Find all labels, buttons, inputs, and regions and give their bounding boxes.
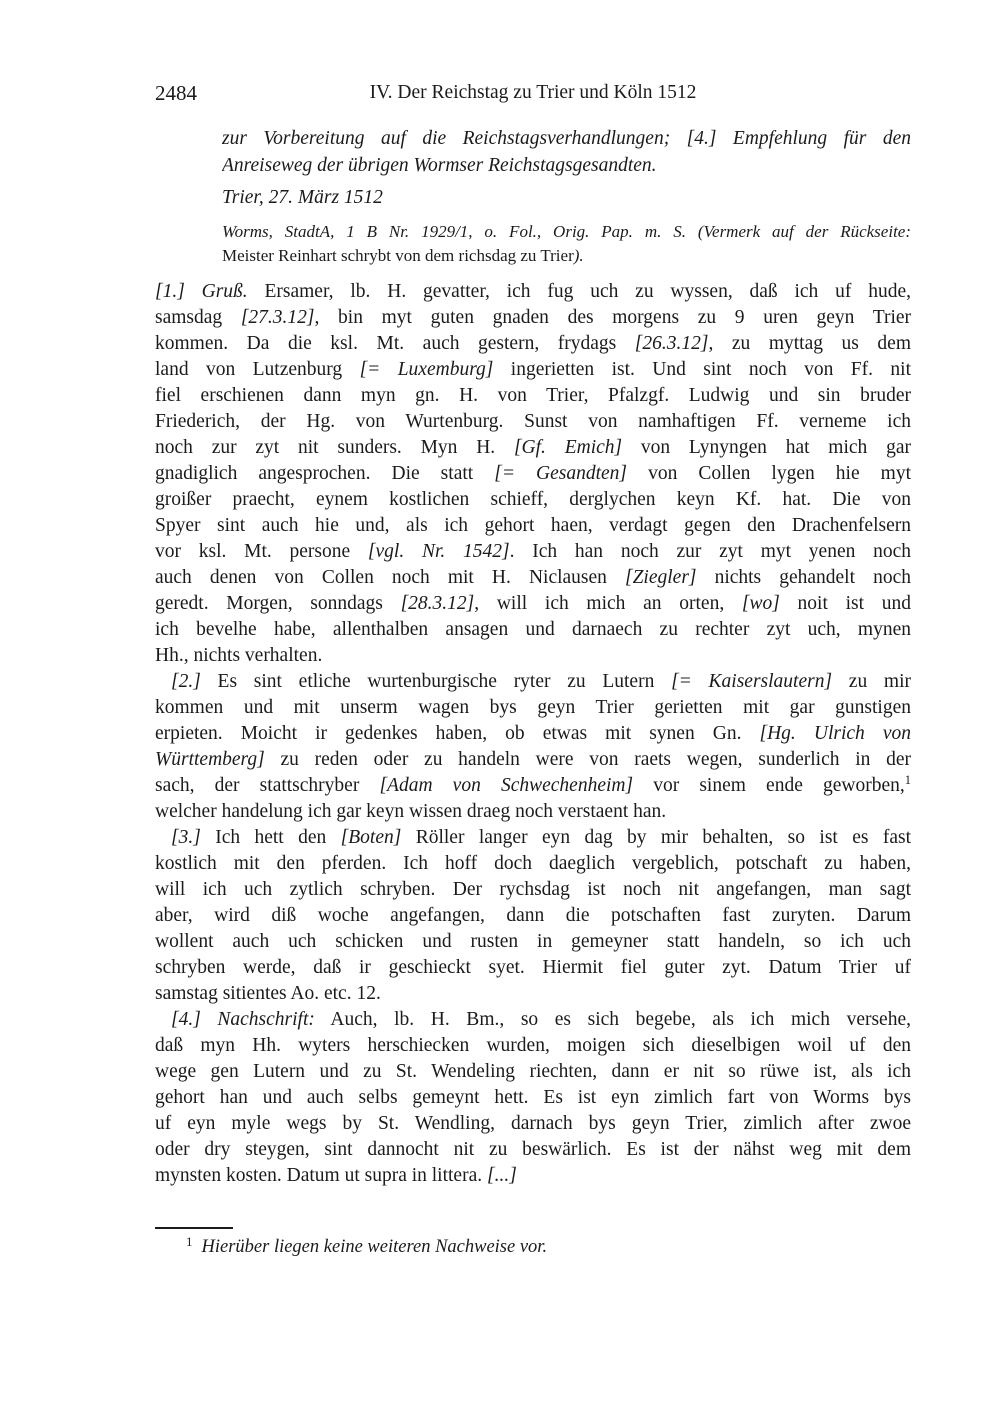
text-line: Württemberg] zu reden oder zu handeln we…	[155, 747, 911, 773]
italic-editorial-text: [= Luxemburg]	[360, 359, 494, 380]
italic-editorial-text: [1.] Gruß.	[155, 281, 248, 302]
paragraph: [4.] Nachschrift: Auch, lb. H. Bm., so e…	[155, 1007, 911, 1189]
text-line: land von Lutzenburg [= Luxemburg] ingeri…	[155, 357, 911, 383]
italic-editorial-text: Trier, 27. März 1512	[222, 187, 383, 208]
roman-text: ingerietten ist. Und sint noch von Ff. n…	[493, 359, 911, 380]
document-body: [1.] Gruß. Ersamer, lb. H. gevatter, ich…	[155, 279, 911, 1189]
footnote: 1Hierüber liegen keine weiteren Nachweis…	[155, 1234, 911, 1260]
text-line: mynsten kosten. Datum ut supra in litter…	[155, 1163, 911, 1189]
headnote-summary: zur Vorbereitung auf die Reichstagsverha…	[222, 125, 911, 179]
italic-editorial-text: Württemberg]	[155, 749, 265, 770]
text-line: uf eyn myle wegs by St. Wendling, darnac…	[155, 1111, 911, 1137]
italic-editorial-text: [wo]	[742, 593, 780, 614]
italic-editorial-text: [28.3.12]	[401, 593, 475, 614]
paragraph: [2.] Es sint etliche wurtenburgische ryt…	[155, 669, 911, 825]
italic-editorial-text: [...]	[487, 1165, 517, 1186]
italic-editorial-text: [2.]	[171, 671, 201, 692]
roman-text: welcher handelung ich gar keyn wissen dr…	[155, 801, 666, 822]
italic-editorial-text: Anreiseweg der übrigen Wormser Reichstag…	[222, 155, 657, 176]
italic-editorial-text: [Gf. Emich]	[514, 437, 622, 458]
roman-text: samstag sitientes Ao. etc. 12.	[155, 983, 381, 1004]
roman-text: , zu myttag us dem	[708, 333, 911, 354]
text-line: wollent auch uch schicken und rusten in …	[155, 929, 911, 955]
roman-text: von Lynyngen hat mich gar	[622, 437, 911, 458]
document-page: 2484 IV. Der Reichstag zu Trier und Köln…	[0, 0, 1004, 1418]
roman-text: Meister Reinhart schrybt von dem richsda…	[222, 246, 574, 265]
text-line: gehort han und auch selbs gemeynt hett. …	[155, 1085, 911, 1111]
roman-text: , will ich mich an orten,	[474, 593, 742, 614]
italic-editorial-text: [Adam von Schwechenheim]	[379, 775, 633, 796]
roman-text: wege gen Lutern und zu St. Wendeling rie…	[155, 1061, 911, 1082]
text-line: Meister Reinhart schrybt von dem richsda…	[222, 244, 911, 268]
paragraph: [3.] Ich hett den [Boten] Röller langer …	[155, 825, 911, 1007]
roman-text: zu reden oder zu handeln were von raets …	[265, 749, 911, 770]
roman-text: von Collen lygen hie myt	[627, 463, 911, 484]
text-line: fiel erschienen dann myn gn. H. von Trie…	[155, 383, 911, 409]
text-line: Hh., nichts verhalten.	[155, 643, 911, 669]
text-line: sach, der stattschryber [Adam von Schwec…	[155, 773, 911, 799]
text-line: wege gen Lutern und zu St. Wendeling rie…	[155, 1059, 911, 1085]
text-line: schryben werde, daß ir geschieckt syet. …	[155, 955, 911, 981]
text-line: gnadiglich angesprochen. Die statt [= Ge…	[155, 461, 911, 487]
text-line: oder dry steygen, sint dannocht nit zu b…	[155, 1137, 911, 1163]
text-line: Trier, 27. März 1512	[222, 184, 911, 211]
italic-editorial-text: ).	[574, 246, 584, 265]
text-line: [3.] Ich hett den [Boten] Röller langer …	[155, 825, 911, 851]
roman-text: land von Lutzenburg	[155, 359, 360, 380]
italic-editorial-text: [Hg. Ulrich von	[760, 723, 911, 744]
text-line: groißer praecht, eynem kostlichen schief…	[155, 487, 911, 513]
roman-text: kommen. Da die ksl. Mt. auch gestern, fr…	[155, 333, 635, 354]
footnote-reference: 1	[905, 773, 911, 787]
roman-text: will ich uch zytlich schryben. Der rychs…	[155, 879, 911, 900]
text-line: samstag sitientes Ao. etc. 12.	[155, 981, 911, 1007]
text-line: kostlich mit den pferden. Ich hoff doch …	[155, 851, 911, 877]
roman-text: vor ksl. Mt. persone	[155, 541, 368, 562]
roman-text: kostlich mit den pferden. Ich hoff doch …	[155, 853, 911, 874]
roman-text: noch zur zyt nit sunders. Myn H.	[155, 437, 514, 458]
text-line: aber, wird diß woche angefangen, dann di…	[155, 903, 911, 929]
page-number: 2484	[155, 80, 197, 106]
roman-text: Friederich, der Hg. von Wurtenburg. Suns…	[155, 411, 911, 432]
italic-editorial-text: [4.] Nachschrift:	[171, 1009, 315, 1030]
text-line: [2.] Es sint etliche wurtenburgische ryt…	[155, 669, 911, 695]
text-line: samsdag [27.3.12], bin myt guten gnaden …	[155, 305, 911, 331]
headnote-archive-reference: Worms, StadtA, 1 B Nr. 1929/1, o. Fol., …	[222, 220, 911, 268]
italic-editorial-text: zur Vorbereitung auf die Reichstagsverha…	[222, 128, 911, 149]
roman-text: Röller langer eyn dag by mir behalten, s…	[401, 827, 911, 848]
running-head: IV. Der Reichstag zu Trier und Köln 1512	[155, 80, 911, 106]
italic-editorial-text: [= Gesandten]	[494, 463, 627, 484]
text-line: Anreiseweg der übrigen Wormser Reichstag…	[222, 152, 911, 179]
roman-text: oder dry steygen, sint dannocht nit zu b…	[155, 1139, 911, 1160]
roman-text: noit ist und	[780, 593, 911, 614]
page-header: 2484 IV. Der Reichstag zu Trier und Köln…	[155, 80, 911, 106]
text-line: geredt. Morgen, sonndags [28.3.12], will…	[155, 591, 911, 617]
roman-text: auch denen von Collen noch mit H. Niclau…	[155, 567, 625, 588]
text-line: [1.] Gruß. Ersamer, lb. H. gevatter, ich…	[155, 279, 911, 305]
text-line: erpieten. Moicht ir gedenkes haben, ob e…	[155, 721, 911, 747]
roman-text: aber, wird diß woche angefangen, dann di…	[155, 905, 911, 926]
footnote-section: 1Hierüber liegen keine weiteren Nachweis…	[155, 1227, 911, 1260]
roman-text: Hh., nichts verhalten.	[155, 645, 322, 666]
roman-text: groißer praecht, eynem kostlichen schief…	[155, 489, 911, 510]
text-line: welcher handelung ich gar keyn wissen dr…	[155, 799, 911, 825]
footnote-rule	[155, 1227, 233, 1229]
italic-editorial-text: Worms, StadtA, 1 B Nr. 1929/1, o. Fol., …	[222, 222, 911, 241]
roman-text: vor sinem ende geworben,	[633, 775, 905, 796]
roman-text: gnadiglich angesprochen. Die statt	[155, 463, 494, 484]
roman-text: erpieten. Moicht ir gedenkes haben, ob e…	[155, 723, 760, 744]
text-line: Worms, StadtA, 1 B Nr. 1929/1, o. Fol., …	[222, 220, 911, 244]
roman-text: gehort han und auch selbs gemeynt hett. …	[155, 1087, 911, 1108]
roman-text: kommen und mit unserm wagen bys geyn Tri…	[155, 697, 911, 718]
footnote-text: Hierüber liegen keine weiteren Nachweise…	[202, 1237, 548, 1257]
page-content: 2484 IV. Der Reichstag zu Trier und Köln…	[155, 80, 911, 1260]
paragraph: [1.] Gruß. Ersamer, lb. H. gevatter, ich…	[155, 279, 911, 669]
text-line: kommen. Da die ksl. Mt. auch gestern, fr…	[155, 331, 911, 357]
document-headnote: zur Vorbereitung auf die Reichstagsverha…	[222, 125, 911, 268]
headnote-dateline: Trier, 27. März 1512	[222, 184, 911, 211]
italic-editorial-text: [3.]	[171, 827, 201, 848]
italic-editorial-text: [= Kaiserslautern]	[671, 671, 832, 692]
text-line: [4.] Nachschrift: Auch, lb. H. Bm., so e…	[155, 1007, 911, 1033]
italic-editorial-text: [26.3.12]	[635, 333, 709, 354]
italic-editorial-text: [Boten]	[341, 827, 402, 848]
roman-text: daß myn Hh. wyters herschiecken wurden, …	[155, 1035, 911, 1056]
roman-text: geredt. Morgen, sonndags	[155, 593, 401, 614]
roman-text: Ich hett den	[201, 827, 341, 848]
footnote-marker: 1	[186, 1234, 193, 1249]
text-line: kommen und mit unserm wagen bys geyn Tri…	[155, 695, 911, 721]
roman-text: ich bevelhe habe, allenthalben ansagen u…	[155, 619, 911, 640]
roman-text: zu mir	[832, 671, 911, 692]
text-line: vor ksl. Mt. persone [vgl. Nr. 1542]. Ic…	[155, 539, 911, 565]
roman-text: Spyer sint auch hie und, als ich gehort …	[155, 515, 911, 536]
roman-text: Ersamer, lb. H. gevatter, ich fug uch zu…	[248, 281, 911, 302]
italic-editorial-text: [vgl. Nr. 1542]	[368, 541, 510, 562]
text-line: auch denen von Collen noch mit H. Niclau…	[155, 565, 911, 591]
roman-text: sach, der stattschryber	[155, 775, 379, 796]
roman-text: , bin myt guten gnaden des morgens zu 9 …	[315, 307, 911, 328]
roman-text: mynsten kosten. Datum ut supra in litter…	[155, 1165, 487, 1186]
roman-text: Es sint etliche wurtenburgische ryter zu…	[201, 671, 671, 692]
text-line: zur Vorbereitung auf die Reichstagsverha…	[222, 125, 911, 152]
roman-text: fiel erschienen dann myn gn. H. von Trie…	[155, 385, 911, 406]
roman-text: wollent auch uch schicken und rusten in …	[155, 931, 911, 952]
roman-text: schryben werde, daß ir geschieckt syet. …	[155, 957, 911, 978]
italic-editorial-text: [27.3.12]	[241, 307, 315, 328]
italic-editorial-text: [Ziegler]	[625, 567, 697, 588]
roman-text: . Ich han noch zur zyt myt yenen noch	[510, 541, 911, 562]
text-line: Friederich, der Hg. von Wurtenburg. Suns…	[155, 409, 911, 435]
roman-text: Auch, lb. H. Bm., so es sich begebe, als…	[315, 1009, 911, 1030]
text-line: noch zur zyt nit sunders. Myn H. [Gf. Em…	[155, 435, 911, 461]
roman-text: uf eyn myle wegs by St. Wendling, darnac…	[155, 1113, 911, 1134]
roman-text: nichts gehandelt noch	[697, 567, 911, 588]
roman-text: samsdag	[155, 307, 241, 328]
text-line: will ich uch zytlich schryben. Der rychs…	[155, 877, 911, 903]
text-line: Spyer sint auch hie und, als ich gehort …	[155, 513, 911, 539]
text-line: ich bevelhe habe, allenthalben ansagen u…	[155, 617, 911, 643]
text-line: daß myn Hh. wyters herschiecken wurden, …	[155, 1033, 911, 1059]
